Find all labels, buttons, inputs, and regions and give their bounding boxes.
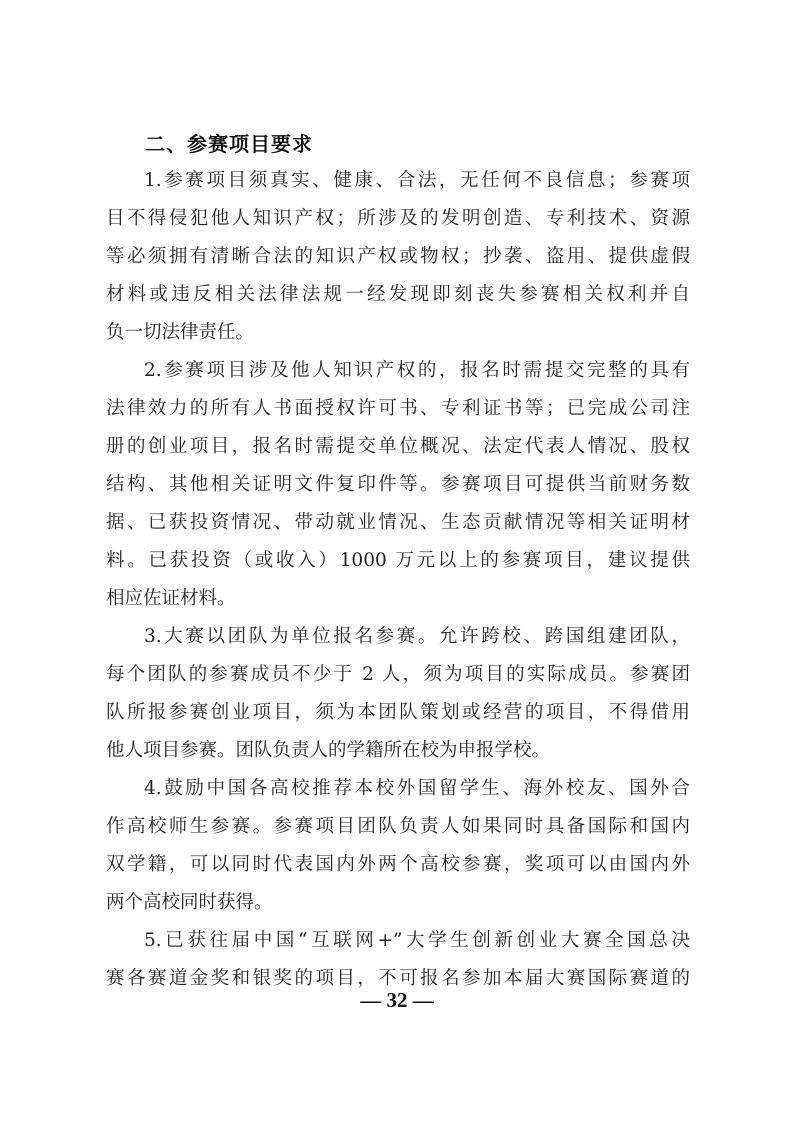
paragraph-1-line-3: 等必须拥有清晰合法的知识产权或物权；抄袭、盗用、提供虚假 — [106, 245, 690, 269]
paragraph-1-line-1: 1.参赛项目须真实、健康、合法，无任何不良信息；参赛项 — [144, 169, 690, 193]
paragraph-1-line-4: 材料或违反相关法律法规一经发现即刻丧失参赛相关权利并自 — [106, 283, 690, 307]
page-number: — 32 — — [0, 988, 794, 1013]
paragraph-3-line-3: 队所报参赛创业项目，须为本团队策划或经营的项目，不得借用 — [106, 701, 690, 725]
paragraph-1-line-2: 目不得侵犯他人知识产权；所涉及的发明创造、专利技术、资源 — [106, 207, 690, 231]
paragraph-2-line-2: 法律效力的所有人书面授权许可书、专利证书等；已完成公司注 — [106, 397, 690, 421]
section-heading: 二、参赛项目要求 — [145, 128, 313, 157]
paragraph-2-line-3: 册的创业项目，报名时需提交单位概况、法定代表人情况、股权 — [106, 435, 690, 459]
paragraph-3-line-1: 3.大赛以团队为单位报名参赛。允许跨校、跨国组建团队， — [144, 625, 690, 649]
paragraph-2-line-6: 料。已获投资（或收入）1000 万元以上的参赛项目，建议提供 — [106, 549, 690, 573]
paragraph-4-line-1: 4.鼓励中国各高校推荐本校外国留学生、海外校友、国外合 — [144, 777, 690, 801]
paragraph-3-line-4: 他人项目参赛。团队负责人的学籍所在校为申报学校。 — [106, 739, 690, 763]
paragraph-4-line-4: 两个高校同时获得。 — [106, 891, 690, 915]
paragraph-2-line-1: 2.参赛项目涉及他人知识产权的，报名时需提交完整的具有 — [144, 359, 690, 383]
paragraph-2-line-7: 相应佐证材料。 — [106, 587, 690, 611]
paragraph-5-line-1: 5.已获往届中国“互联网+”大学生创新创业大赛全国总决 — [144, 929, 690, 953]
paragraph-2-line-4: 结构、其他相关证明文件复印件等。参赛项目可提供当前财务数 — [106, 473, 690, 497]
paragraph-3-line-2: 每个团队的参赛成员不少于 2 人，须为项目的实际成员。参赛团 — [106, 663, 690, 687]
paragraph-4-line-3: 双学籍，可以同时代表国内外两个高校参赛，奖项可以由国内外 — [106, 853, 690, 877]
paragraph-1-line-5: 负一切法律责任。 — [106, 321, 690, 345]
paragraph-2-line-5: 据、已获投资情况、带动就业情况、生态贡献情况等相关证明材 — [106, 511, 690, 535]
document-page: 二、参赛项目要求 1.参赛项目须真实、健康、合法，无任何不良信息；参赛项 目不得… — [0, 0, 794, 1123]
paragraph-4-line-2: 作高校师生参赛。参赛项目团队负责人如果同时具备国际和国内 — [106, 815, 690, 839]
